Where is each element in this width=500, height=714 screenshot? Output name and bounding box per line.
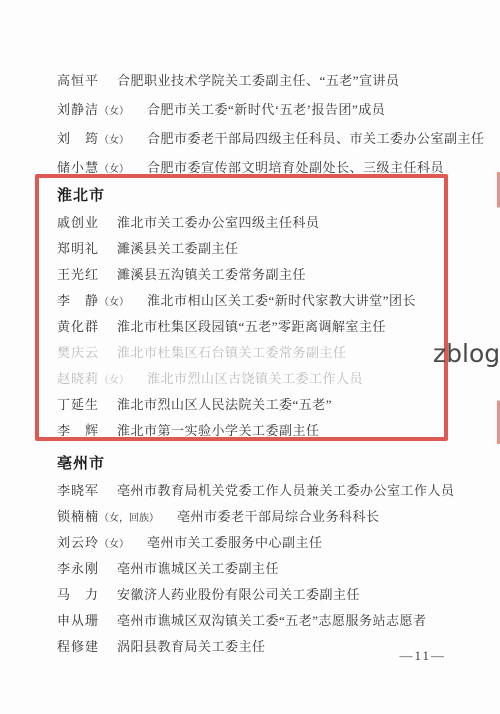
section-header: 亳州市 [57,450,500,478]
person-title: 亳州市关工委服务中心副主任 [147,535,323,550]
list-item: 刘 筠（女）合肥市委老干部局四级主任科员、市关工委办公室副主任 [57,124,500,153]
person-name-text: 丁延生 [57,397,99,412]
gender-ethnicity-note: （女） [99,135,129,146]
person-name: 程修建 [57,634,99,660]
person-name: 李永刚 [57,556,99,582]
section-huaibei: 淮北市戚创业淮北市关工委办公室四级主任科员郑明礼濉溪县关工委副主任王光红濉溪县五… [57,182,500,444]
person-name-text: 高恒平 [57,73,99,88]
person-title: 淮北市烈山区古饶镇关工委工作人员 [147,371,363,386]
person-title: 合肥市委老干部局四级主任科员、市关工委办公室副主任 [147,131,485,146]
person-name: 黄化群 [57,314,99,340]
person-name-text: 李晓军 [57,483,99,498]
person-title: 安徽济人药业股份有限公司关工委副主任 [117,587,360,602]
list-item: 李晓军亳州市教育局机关党委工作人员兼关工委办公室工作人员 [57,478,500,504]
person-name: 樊庆云 [57,340,99,366]
list-item: 刘云玲（女）亳州市关工委服务中心副主任 [57,530,500,556]
section-header: 淮北市 [57,182,500,210]
person-name-text: 郑明礼 [57,241,99,256]
list-item: 黄化群淮北市杜集区段园镇“五老”零距离调解室主任 [57,314,500,340]
person-name: 李 辉 [57,418,99,444]
section-bozhou: 亳州市李晓军亳州市教育局机关党委工作人员兼关工委办公室工作人员锁楠楠（女，回族）… [57,450,500,660]
gender-ethnicity-note: （女） [99,375,129,386]
list-item: 申从珊亳州市谯城区双沟镇关工委“五老”志愿服务站志愿者 [57,608,500,634]
person-name: 王光红 [57,262,99,288]
person-title: 濉溪县五沟镇关工委常务副主任 [117,267,306,282]
person-name: 赵晓莉（女） [57,366,129,394]
person-title: 亳州市委老干部局综合业务科科长 [177,509,380,524]
person-name-text: 锁楠楠 [57,509,99,524]
person-name-text: 申从珊 [57,613,99,628]
person-title: 淮北市关工委办公室四级主任科员 [117,215,320,230]
person-name: 刘 筠（女） [57,124,129,155]
person-title: 合肥市委宣传部文明培育处副处长、三级主任科员 [147,160,444,175]
person-name-text: 李 静 [57,293,99,308]
person-name: 郑明礼 [57,236,99,262]
person-name: 马 力 [57,582,99,608]
person-name: 储小慧（女） [57,153,129,184]
person-name-text: 储小慧 [57,160,99,175]
list-item: 赵晓莉（女）淮北市烈山区古饶镇关工委工作人员 [57,366,500,392]
person-name-text: 赵晓莉 [57,371,99,386]
person-title: 涡阳县教育局关工委主任 [117,639,266,654]
person-name: 戚创业 [57,210,99,236]
person-name: 李 静（女） [57,288,129,316]
gender-ethnicity-note: （女） [99,164,129,175]
list-item: 李 辉淮北市第一实验小学关工委副主任 [57,418,500,444]
person-name-text: 李 辉 [57,423,99,438]
person-title: 淮北市相山区关工委“新时代家教大讲堂”团长 [147,293,416,308]
gender-ethnicity-note: （女） [99,297,129,308]
person-title: 淮北市第一实验小学关工委副主任 [117,423,320,438]
person-name-text: 刘云玲 [57,535,99,550]
person-name-text: 李永刚 [57,561,99,576]
person-name: 申从珊 [57,608,99,634]
person-title: 亳州市谯城区关工委副主任 [117,561,279,576]
gender-ethnicity-note: （女） [99,539,129,550]
person-name: 刘云玲（女） [57,530,129,558]
gender-ethnicity-note: （女） [99,106,129,117]
list-item: 戚创业淮北市关工委办公室四级主任科员 [57,210,500,236]
person-title: 淮北市杜集区段园镇“五老”零距离调解室主任 [117,319,386,334]
list-item: 王光红濉溪县五沟镇关工委常务副主任 [57,262,500,288]
document-page: 高恒平合肥职业技术学院关工委副主任、“五老”宣讲员刘静洁（女）合肥市关工委“新时… [0,0,500,714]
person-name-text: 刘静洁 [57,102,99,117]
person-name: 丁延生 [57,392,99,418]
person-name: 高恒平 [57,66,99,95]
person-name: 刘静洁（女） [57,95,129,126]
person-title: 濉溪县关工委副主任 [117,241,239,256]
person-title: 亳州市教育局机关党委工作人员兼关工委办公室工作人员 [117,483,455,498]
person-title: 淮北市烈山区人民法院关工委“五老” [117,397,332,412]
person-name-text: 戚创业 [57,215,99,230]
list-item: 李 静（女）淮北市相山区关工委“新时代家教大讲堂”团长 [57,288,500,314]
watermark: zblog [433,339,500,368]
person-title: 合肥职业技术学院关工委副主任、“五老”宣讲员 [117,73,400,88]
list-item: 锁楠楠（女，回族）亳州市委老干部局综合业务科科长 [57,504,500,530]
list-item: 马 力安徽济人药业股份有限公司关工委副主任 [57,582,500,608]
list-item: 高恒平合肥职业技术学院关工委副主任、“五老”宣讲员 [57,66,500,95]
list-item: 丁延生淮北市烈山区人民法院关工委“五老” [57,392,500,418]
page-number: —11— [399,648,446,664]
person-name: 李晓军 [57,478,99,504]
gender-ethnicity-note: （女，回族） [99,513,159,524]
list-item: 李永刚亳州市谯城区关工委副主任 [57,556,500,582]
person-title: 合肥市关工委“新时代‘五老’报告团”成员 [147,102,385,117]
person-name-text: 马 力 [57,587,99,602]
person-name-text: 樊庆云 [57,345,99,360]
list-item: 郑明礼濉溪县关工委副主任 [57,236,500,262]
person-title: 淮北市杜集区石台镇关工委常务副主任 [117,345,347,360]
section-hefei-continued: 高恒平合肥职业技术学院关工委副主任、“五老”宣讲员刘静洁（女）合肥市关工委“新时… [57,66,500,182]
person-title: 亳州市谯城区双沟镇关工委“五老”志愿服务站志愿者 [117,613,427,628]
person-name-text: 王光红 [57,267,99,282]
person-name-text: 黄化群 [57,319,99,334]
person-name: 锁楠楠（女，回族） [57,504,159,532]
list-item: 储小慧（女）合肥市委宣传部文明培育处副处长、三级主任科员 [57,153,500,182]
person-name-text: 刘 筠 [57,131,99,146]
list-item: 刘静洁（女）合肥市关工委“新时代‘五老’报告团”成员 [57,95,500,124]
person-name-text: 程修建 [57,639,99,654]
